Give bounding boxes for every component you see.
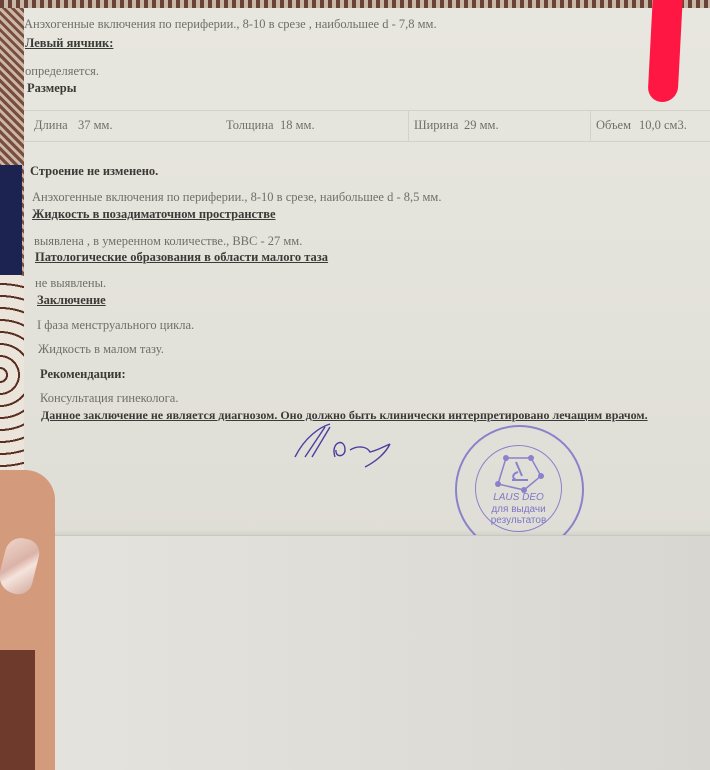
fluid-text: выявлена , в умеренном количестве., ВВС … [34,234,302,249]
sizes-heading: Размеры [27,81,77,96]
size-label: Объем [596,118,631,133]
left-ovary-heading: Левый яичник: [25,36,113,51]
recommendations-heading: Рекомендации: [40,367,126,382]
structure-text: Строение не изменено. [30,164,158,179]
size-value: 29 мм. [464,118,499,133]
signature [290,422,400,472]
conclusion-line-1: I фаза менструального цикла. [37,318,194,333]
size-label: Толщина [226,118,274,133]
size-cell-length: Длина 37 мм. [24,111,224,141]
left-ovary-inclusions: Анэхогенные включения по периферии., 8-1… [32,190,441,205]
size-cell-volume: Объем 10,0 см3. [590,111,710,141]
size-label: Длина [34,118,68,133]
stamp-name: LAUS DEO [476,492,561,503]
size-label: Ширина [414,118,458,133]
stamp-line-2: результатов [476,515,561,526]
pathology-heading: Патологические образования в области мал… [35,250,328,265]
background-fabric-top [0,0,710,8]
folded-sheet-flap [30,535,710,770]
sizes-table-row: Длина 37 мм. Толщина 18 мм. Ширина 29 мм… [24,110,710,142]
right-ovary-inclusions: Анэхогенные включения по периферии., 8-1… [24,17,437,32]
size-value: 10,0 см3. [639,118,687,133]
hand-shadow [0,650,35,770]
disclaimer-text: Данное заключение не является диагнозом.… [41,408,648,423]
stamp-inner-ring: LAUS DEO для выдачи результатов [475,445,562,532]
size-cell-width: Ширина 29 мм. [408,111,589,141]
red-marker-stroke [647,0,682,102]
recommendations-text: Консультация гинеколога. [40,391,178,406]
size-cell-thickness: Толщина 18 мм. [224,111,434,141]
conclusion-heading: Заключение [37,293,106,308]
microscope-logo-icon [476,450,561,495]
background-blue-cloth [0,165,22,275]
size-value: 37 мм. [78,118,113,133]
pathology-text: не выявлены. [35,276,106,291]
left-ovary-status: определяется. [25,64,99,79]
conclusion-line-2: Жидкость в малом тазу. [38,342,164,357]
stamp-line-1: для выдачи [476,504,561,515]
fluid-heading: Жидкость в позадиматочном пространстве [32,207,276,222]
size-value: 18 мм. [280,118,315,133]
